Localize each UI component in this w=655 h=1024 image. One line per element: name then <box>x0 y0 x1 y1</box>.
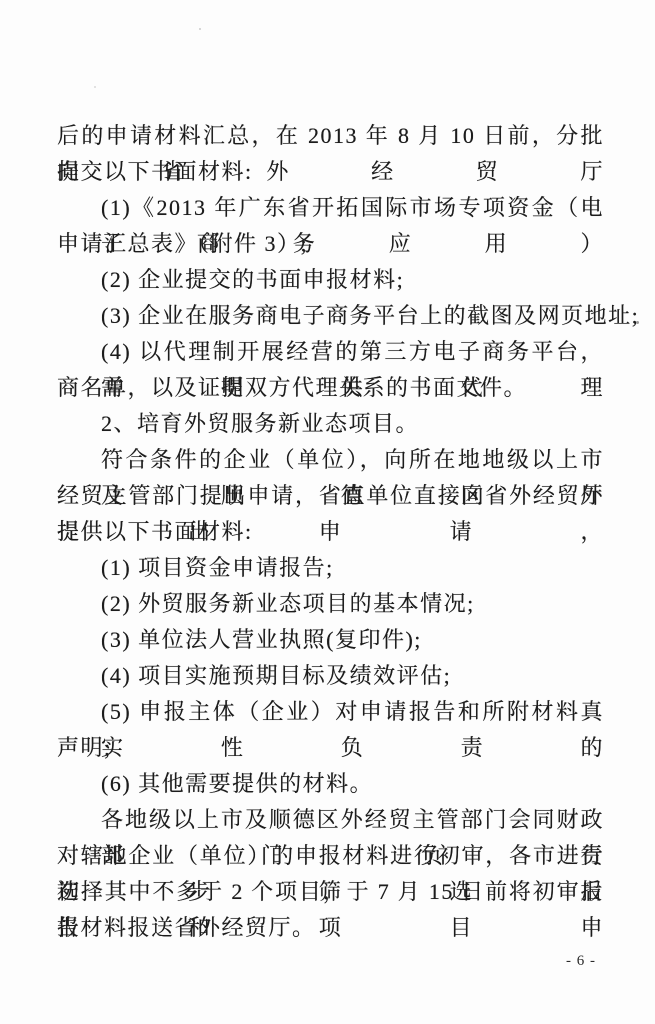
scan-speck <box>636 321 639 324</box>
text-line: (6) 其他需要提供的材料。 <box>57 766 604 802</box>
document-text-block: 后的申请材料汇总，在 2013 年 8 月 10 日前，分批向省外经贸厅提交以下… <box>57 118 604 946</box>
text-line: (3) 单位法人营业执照(复印件); <box>57 622 604 658</box>
scan-speck <box>199 28 201 30</box>
text-line: (5) 申报主体（企业）对申请报告和所附材料真实性负责的 <box>57 694 604 730</box>
text-line: (1)《2013 年广东省开拓国际市场专项资金（电子商务应用） <box>57 190 604 226</box>
text-line: 商名单，以及证明双方代理关系的书面文件。 <box>57 370 604 406</box>
page-number: - 6 - <box>566 953 596 970</box>
text-line: 后的申请材料汇总，在 2013 年 8 月 10 日前，分批向省外经贸厅 <box>57 118 604 154</box>
scan-speck <box>94 86 96 88</box>
text-line: (4) 以代理制开展经营的第三方电子商务平台，需提供代理 <box>57 334 604 370</box>
text-line: 选择其中不多于 2 个项目，于 7 月 15 日前将初审报告和项目申 <box>57 874 604 910</box>
document-page: 后的申请材料汇总，在 2013 年 8 月 10 日前，分批向省外经贸厅提交以下… <box>0 0 655 1024</box>
text-line: (3) 企业在服务商电子商务平台上的截图及网页地址; <box>57 298 604 334</box>
text-line: 对辖地企业（单位）的申报材料进行初审，各市进行初步筛选后 <box>57 838 604 874</box>
text-line: (2) 外贸服务新业态项目的基本情况; <box>57 586 604 622</box>
text-line: (1) 项目资金申请报告; <box>57 550 604 586</box>
text-line: (4) 项目实施预期目标及绩效评估; <box>57 658 604 694</box>
text-line: 2、培育外贸服务新业态项目。 <box>57 406 604 442</box>
text-line: 符合条件的企业（单位），向所在地地级以上市及顺德区外 <box>57 442 604 478</box>
text-line: 经贸主管部门提出申请，省直单位直接向省外经贸厅提出申请， <box>57 478 604 514</box>
text-line: (2) 企业提交的书面申报材料; <box>57 262 604 298</box>
text-line: 各地级以上市及顺德区外经贸主管部门会同财政部门负责 <box>57 802 604 838</box>
